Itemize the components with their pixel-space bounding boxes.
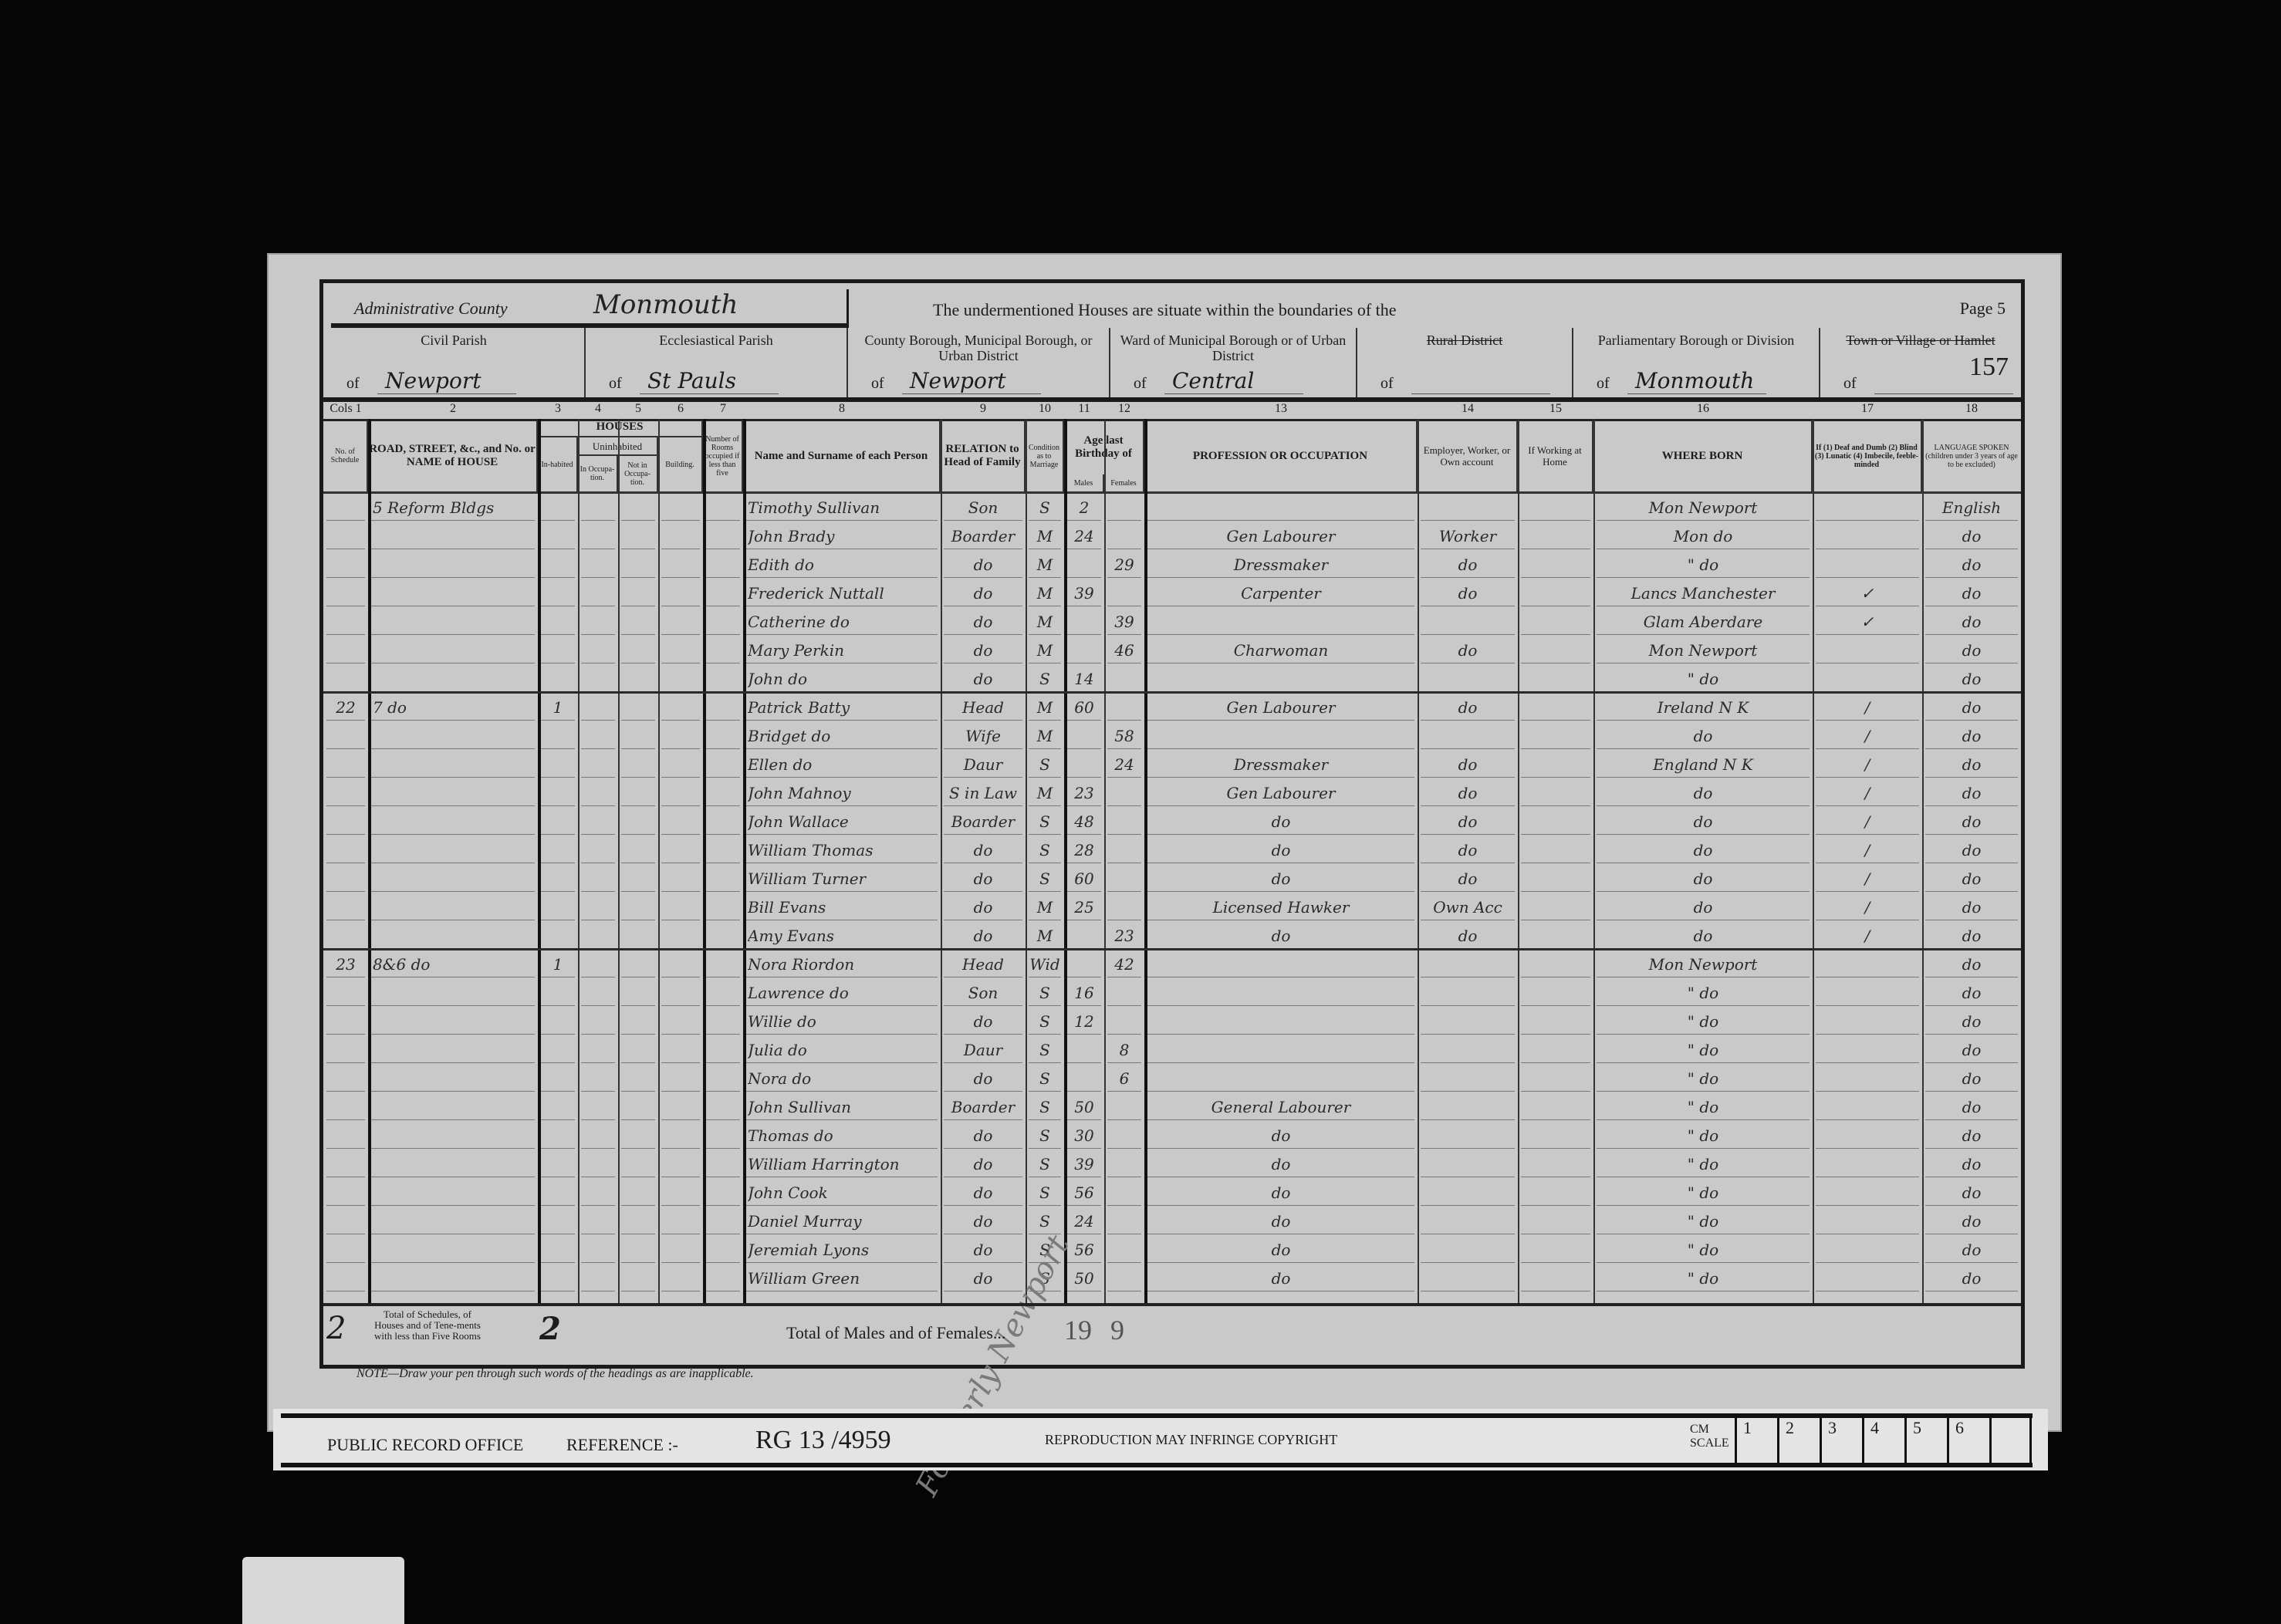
cell-relation: do — [945, 607, 1021, 636]
row-rule — [1816, 1119, 1919, 1120]
row-rule — [541, 1005, 575, 1006]
row-rule — [1147, 920, 1414, 920]
row-rule — [746, 1262, 938, 1263]
table-row: Lawrence doSonS16" dodo — [323, 978, 2021, 1007]
row-rule — [1421, 1005, 1515, 1006]
strip-bottom-bar — [281, 1463, 2033, 1467]
row-rule — [1421, 748, 1515, 749]
cell-condition: S — [1030, 750, 1059, 778]
table-row: Willie dodoS12" dodo — [323, 1007, 2021, 1035]
row-rule — [1597, 549, 1810, 549]
row-rule — [371, 805, 535, 806]
row-rule — [1147, 777, 1414, 778]
row-rule — [1147, 891, 1414, 892]
row-rule — [1029, 549, 1061, 549]
row-rule — [944, 634, 1022, 635]
row-rule — [326, 1119, 365, 1120]
row-rule — [1147, 634, 1414, 635]
row-rule — [1597, 1091, 1810, 1092]
row-rule — [326, 577, 365, 578]
row-rule — [1816, 634, 1919, 635]
row-rule — [1147, 577, 1414, 578]
row-rule — [1147, 1034, 1414, 1035]
row-rule — [1816, 520, 1919, 521]
cell-employer: do — [1422, 693, 1513, 721]
cell-schedule — [328, 778, 363, 807]
row-rule — [371, 863, 535, 863]
cell-occupation — [1149, 1007, 1413, 1035]
area-title: Town or Village or Hamlet — [1820, 333, 2021, 348]
row-rule — [661, 634, 700, 635]
row-rule — [1421, 977, 1515, 977]
row-rule — [326, 920, 365, 920]
row-rule — [1925, 1234, 2018, 1234]
cell-name: William Green — [748, 1264, 936, 1292]
scale-mark: 1 — [1735, 1418, 1777, 1463]
household-separator — [323, 691, 2021, 694]
area-1: Ecclesiastical ParishofSt Pauls — [586, 328, 848, 397]
cell-schedule — [328, 750, 363, 778]
cell-name: Amy Evans — [748, 921, 936, 950]
office-name: PUBLIC RECORD OFFICE — [327, 1435, 523, 1455]
cell-born: Mon Newport — [1598, 636, 1808, 664]
cell-language: do — [1927, 864, 2016, 893]
cell-name: John Sullivan — [748, 1092, 936, 1121]
row-rule — [581, 606, 615, 606]
area-value: Monmouth — [1627, 368, 1766, 394]
row-rule — [621, 1205, 655, 1206]
row-rule — [1107, 577, 1141, 578]
header-males: Males — [1064, 474, 1104, 491]
cell-schedule — [328, 1092, 363, 1121]
row-rule — [746, 1291, 938, 1291]
cell-occupation — [1149, 950, 1413, 978]
cell-road — [373, 1007, 533, 1035]
cell-name: Jeremiah Lyons — [748, 1235, 936, 1264]
row-rule — [1597, 720, 1810, 721]
cell-condition: S — [1030, 664, 1059, 693]
row-rule — [1421, 577, 1515, 578]
row-rule — [706, 777, 740, 778]
row-rule — [944, 549, 1022, 549]
row-rule — [1925, 1062, 2018, 1063]
cell-language: do — [1927, 836, 2016, 864]
cell-name: John Mahnoy — [748, 778, 936, 807]
cell-inhabited — [542, 1035, 573, 1064]
cell-female-age — [1109, 893, 1140, 921]
row-rule — [1107, 1205, 1141, 1206]
cell-name: John do — [748, 664, 936, 693]
row-rule — [1521, 863, 1590, 863]
cell-employer — [1422, 607, 1513, 636]
cell-relation: Daur — [945, 750, 1021, 778]
cell-schedule — [328, 1121, 363, 1150]
header-language: LANGUAGE SPOKEN (children under 3 years … — [1922, 420, 2021, 491]
row-rule — [326, 606, 365, 606]
area-title: Ecclesiastical Parish — [586, 333, 847, 348]
cell-infirmity: / — [1817, 750, 1918, 778]
cell-condition: Wid — [1030, 950, 1059, 978]
column-number: 3 — [538, 402, 578, 416]
row-rule — [1067, 634, 1101, 635]
row-rule — [1107, 549, 1141, 549]
row-rule — [1925, 1291, 2018, 1291]
cell-infirmity: / — [1817, 893, 1918, 921]
table-row: Edith dodoM29Dressmakerdo" dodo — [323, 550, 2021, 579]
cell-inhabited — [542, 1092, 573, 1121]
cell-relation: do — [945, 921, 1021, 950]
row-rule — [1816, 863, 1919, 863]
row-rule — [706, 1148, 740, 1149]
cell-infirmity: / — [1817, 921, 1918, 950]
cell-condition: S — [1030, 1150, 1059, 1178]
cell-relation: do — [945, 1207, 1021, 1235]
row-rule — [661, 920, 700, 920]
row-rule — [621, 1091, 655, 1092]
row-rule — [746, 891, 938, 892]
cell-occupation: do — [1149, 1264, 1413, 1292]
cell-inhabited — [542, 836, 573, 864]
row-rule — [371, 577, 535, 578]
cell-inhabited — [542, 921, 573, 950]
row-rule — [326, 549, 365, 549]
cell-occupation: do — [1149, 1207, 1413, 1235]
header-rooms: Number of Rooms occupied if less than fi… — [703, 420, 743, 491]
row-rule — [1067, 1291, 1101, 1291]
cell-male-age: 50 — [1069, 1092, 1100, 1121]
row-rule — [621, 777, 655, 778]
cell-schedule — [328, 921, 363, 950]
area-title: Rural District — [1357, 333, 1572, 348]
row-rule — [1029, 1177, 1061, 1177]
row-rule — [1597, 1034, 1810, 1035]
row-rule — [1421, 1234, 1515, 1234]
cell-relation: do — [945, 664, 1021, 693]
cell-employer: Own Acc — [1422, 893, 1513, 921]
cell-occupation — [1149, 664, 1413, 693]
header-schedule: No. of Schedule — [323, 420, 368, 491]
reference-label: REFERENCE :- — [566, 1435, 678, 1455]
row-rule — [581, 977, 615, 977]
column-number: 16 — [1593, 402, 1813, 416]
row-rule — [1521, 1062, 1590, 1063]
row-rule — [746, 1034, 938, 1035]
table-row: John BradyBoarderM24Gen LabourerWorkerMo… — [323, 522, 2021, 550]
row-rule — [1067, 520, 1101, 521]
cell-relation: do — [945, 1235, 1021, 1264]
cell-relation: do — [945, 1007, 1021, 1035]
header-employer: Employer, Worker, or Own account — [1418, 420, 1518, 491]
cell-occupation — [1149, 1035, 1413, 1064]
row-rule — [1107, 634, 1141, 635]
totals-label: Total of Schedules, of Houses and of Ten… — [370, 1309, 485, 1342]
cell-condition: M — [1030, 579, 1059, 607]
cell-condition: M — [1030, 778, 1059, 807]
cell-language: do — [1927, 1064, 2016, 1092]
row-rule — [581, 777, 615, 778]
row-rule — [326, 863, 365, 863]
cell-employer: do — [1422, 921, 1513, 950]
cell-inhabited — [542, 1150, 573, 1178]
cell-relation: do — [945, 1264, 1021, 1292]
row-rule — [1147, 1062, 1414, 1063]
cell-condition: S — [1030, 978, 1059, 1007]
row-rule — [706, 663, 740, 663]
cell-occupation: General Labourer — [1149, 1092, 1413, 1121]
cell-condition: S — [1030, 836, 1059, 864]
cell-male-age: 14 — [1069, 664, 1100, 693]
header-in-occupation: In Occupa-tion. — [578, 456, 618, 491]
row-rule — [1816, 805, 1919, 806]
cell-occupation: Gen Labourer — [1149, 693, 1413, 721]
cell-name: Nora do — [748, 1064, 936, 1092]
cell-occupation: Charwoman — [1149, 636, 1413, 664]
cell-name: Patrick Batty — [748, 693, 936, 721]
row-rule — [1067, 1262, 1101, 1263]
row-rule — [541, 777, 575, 778]
cell-schedule — [328, 1035, 363, 1064]
cell-road — [373, 550, 533, 579]
cell-born: do — [1598, 864, 1808, 893]
row-rule — [1816, 1262, 1919, 1263]
table-row: John CookdoS56do" dodo — [323, 1178, 2021, 1207]
row-rule — [746, 1205, 938, 1206]
row-rule — [1067, 1234, 1101, 1234]
row-rule — [541, 1262, 575, 1263]
area-value: Newport — [377, 368, 516, 394]
cell-inhabited — [542, 579, 573, 607]
row-rule — [1521, 834, 1590, 835]
row-rule — [661, 606, 700, 606]
cell-road — [373, 1150, 533, 1178]
row-rule — [541, 805, 575, 806]
cell-language: do — [1927, 978, 2016, 1007]
row-rule — [1147, 748, 1414, 749]
row-rule — [581, 1005, 615, 1006]
cell-born: " do — [1598, 550, 1808, 579]
row-rule — [1147, 663, 1414, 663]
cell-relation: Boarder — [945, 1092, 1021, 1121]
row-rule — [541, 1205, 575, 1206]
row-rule — [371, 977, 535, 977]
table-row: Catherine dodoM39Glam Aberdare✓do — [323, 607, 2021, 636]
row-rule — [706, 1034, 740, 1035]
row-rule — [1597, 1234, 1810, 1234]
row-rule — [1067, 777, 1101, 778]
row-rule — [1147, 1091, 1414, 1092]
cell-condition: S — [1030, 1007, 1059, 1035]
row-rule — [581, 748, 615, 749]
row-rule — [326, 1234, 365, 1234]
row-rule — [1421, 863, 1515, 863]
row-rule — [1816, 1091, 1919, 1092]
row-rule — [1816, 1205, 1919, 1206]
row-rule — [541, 1119, 575, 1120]
cm-scale: CM SCALE 123456 — [1690, 1418, 2032, 1463]
cell-road — [373, 579, 533, 607]
row-rule — [1067, 748, 1101, 749]
cell-name: Thomas do — [748, 1121, 936, 1150]
row-rule — [944, 891, 1022, 892]
cell-language: do — [1927, 807, 2016, 836]
row-rule — [1597, 634, 1810, 635]
row-rule — [1597, 1062, 1810, 1063]
cell-relation: do — [945, 1121, 1021, 1150]
cell-language: do — [1927, 1007, 2016, 1035]
row-rule — [746, 520, 938, 521]
cell-female-age — [1109, 1150, 1140, 1178]
cell-female-age — [1109, 1264, 1140, 1292]
row-rule — [541, 1177, 575, 1177]
cell-name: Julia do — [748, 1035, 936, 1064]
cell-female-age — [1109, 836, 1140, 864]
cell-relation: do — [945, 579, 1021, 607]
cell-inhabited — [542, 750, 573, 778]
cell-language: do — [1927, 750, 2016, 778]
cell-female-age: 23 — [1109, 921, 1140, 950]
area-title: County Borough, Municipal Borough, or Ur… — [848, 333, 1109, 363]
row-rule — [1597, 1148, 1810, 1149]
row-rule — [944, 1005, 1022, 1006]
cell-male-age: 28 — [1069, 836, 1100, 864]
row-rule — [371, 520, 535, 521]
row-rule — [371, 1234, 535, 1234]
row-rule — [1521, 1234, 1590, 1234]
row-rule — [371, 891, 535, 892]
row-rule — [1147, 1291, 1414, 1291]
row-rule — [371, 1062, 535, 1063]
row-rule — [944, 520, 1022, 521]
cell-road — [373, 607, 533, 636]
row-rule — [661, 1062, 700, 1063]
cell-occupation: do — [1149, 836, 1413, 864]
row-rule — [1521, 920, 1590, 920]
row-rule — [1521, 1205, 1590, 1206]
row-rule — [1925, 577, 2018, 578]
row-rule — [706, 634, 740, 635]
column-number: 2 — [368, 402, 538, 416]
row-rule — [371, 663, 535, 663]
cell-name: John Cook — [748, 1178, 936, 1207]
row-rule — [1925, 1091, 2018, 1092]
row-rule — [944, 1291, 1022, 1291]
row-rule — [706, 1234, 740, 1234]
row-rule — [1597, 863, 1810, 863]
scale-label: CM SCALE — [1690, 1418, 1735, 1463]
row-rule — [541, 720, 575, 721]
row-rule — [706, 549, 740, 549]
row-rule — [1029, 577, 1061, 578]
header-inhabited: In-habited — [538, 437, 578, 491]
row-rule — [746, 1177, 938, 1177]
table-row: 227 do1Patrick BattyHeadM60Gen Labourerd… — [323, 693, 2021, 721]
header-not-in-occupation: Not in Occupa-tion. — [618, 456, 658, 491]
row-rule — [326, 1062, 365, 1063]
row-rule — [371, 1148, 535, 1149]
row-rule — [944, 977, 1022, 977]
header-females: Females — [1104, 474, 1144, 491]
cell-occupation: do — [1149, 864, 1413, 893]
cell-employer — [1422, 664, 1513, 693]
row-rule — [1147, 1205, 1414, 1206]
row-rule — [1029, 1148, 1061, 1149]
cell-road — [373, 864, 533, 893]
cell-occupation: Carpenter — [1149, 579, 1413, 607]
row-rule — [1816, 606, 1919, 606]
row-rule — [371, 1091, 535, 1092]
cell-schedule — [328, 522, 363, 550]
cell-infirmity: / — [1817, 778, 1918, 807]
cell-male-age: 12 — [1069, 1007, 1100, 1035]
cell-road — [373, 1092, 533, 1121]
row-rule — [706, 920, 740, 920]
cell-born: Mon do — [1598, 522, 1808, 550]
cell-female-age — [1109, 864, 1140, 893]
cell-schedule: 22 — [328, 693, 363, 721]
row-rule — [1816, 891, 1919, 892]
cell-language: do — [1927, 1035, 2016, 1064]
cell-condition: S — [1030, 1035, 1059, 1064]
census-form: Administrative County Monmouth The under… — [319, 279, 2025, 1369]
row-rule — [944, 1091, 1022, 1092]
admin-county-label: Administrative County — [354, 299, 508, 319]
table-row: Nora dodoS6" dodo — [323, 1064, 2021, 1092]
row-rule — [1421, 834, 1515, 835]
row-rule — [621, 520, 655, 521]
row-rule — [1925, 777, 2018, 778]
cell-road: 8&6 do — [373, 950, 533, 978]
row-rule — [661, 663, 700, 663]
cell-occupation — [1149, 607, 1413, 636]
of-label: of — [346, 375, 360, 393]
row-rule — [1067, 663, 1101, 663]
row-rule — [746, 606, 938, 606]
cell-relation: do — [945, 893, 1021, 921]
cell-condition: M — [1030, 921, 1059, 950]
row-rule — [326, 1148, 365, 1149]
row-rule — [661, 1205, 700, 1206]
totals-males-females-label: Total of Males and of Females... — [786, 1323, 1005, 1343]
totals-row: 2 Total of Schedules, of Houses and of T… — [323, 1303, 2021, 1362]
cell-inhabited — [542, 1264, 573, 1292]
row-rule — [661, 834, 700, 835]
cell-road — [373, 750, 533, 778]
table-row: Jeremiah LyonsdoS56do" dodo — [323, 1235, 2021, 1264]
row-rule — [541, 891, 575, 892]
cell-schedule — [328, 493, 363, 522]
row-rule — [1107, 606, 1141, 606]
cell-language: do — [1927, 1264, 2016, 1292]
row-rule — [661, 577, 700, 578]
row-rule — [1029, 863, 1061, 863]
cell-employer — [1422, 978, 1513, 1007]
row-rule — [706, 1291, 740, 1291]
column-number: 10 — [1026, 402, 1064, 416]
column-number: 8 — [743, 402, 941, 416]
row-rule — [1067, 1205, 1101, 1206]
cell-road — [373, 921, 533, 950]
area-boundaries: Civil ParishofNewportEcclesiastical Pari… — [323, 328, 2021, 402]
of-label: of — [1843, 375, 1857, 393]
cell-occupation: do — [1149, 1150, 1413, 1178]
cell-name: Timothy Sullivan — [748, 493, 936, 522]
cell-inhabited — [542, 864, 573, 893]
cell-road: 5 Reform Bldgs — [373, 493, 533, 522]
cell-condition: S — [1030, 864, 1059, 893]
row-rule — [326, 1177, 365, 1177]
cell-road — [373, 1121, 533, 1150]
row-rule — [581, 1262, 615, 1263]
